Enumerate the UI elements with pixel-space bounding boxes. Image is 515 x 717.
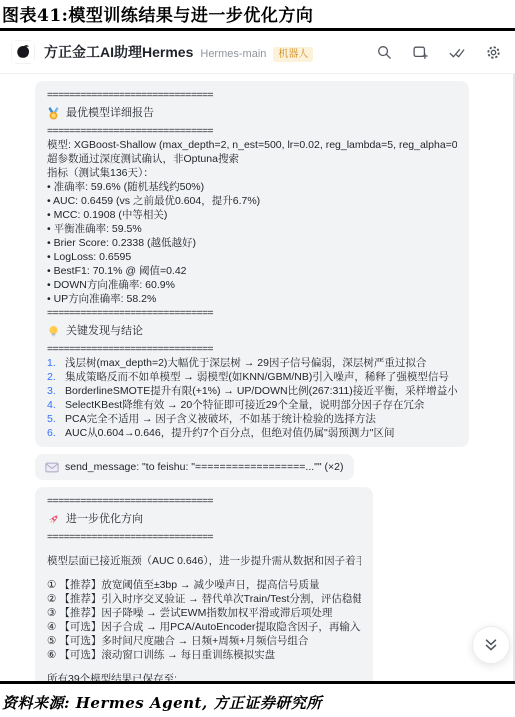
- optimization-item: ⑤ 【可选】多时间尺度融合 → 日频+周频+月频信号组合: [47, 634, 361, 648]
- finding-item: 4. SelectKBest降维有效 → 20个特征即可接近29个全量，说明部分…: [47, 398, 457, 412]
- separator-line: ==============================: [47, 124, 457, 138]
- finding-text: AUC从0.604→0.646，提升约7个百分点，但绝对值仍属"弱预测力"区间: [65, 426, 395, 440]
- double-check-icon: [448, 44, 466, 61]
- chat-app-window: 方正金工AI助理Hermes Hermes-main 机器人: [0, 31, 515, 681]
- mark-all-read-button[interactable]: [448, 44, 466, 61]
- findings-heading: 关键发现与结论: [47, 324, 457, 338]
- bot-badge: 机器人: [273, 47, 313, 62]
- finding-item: 1. 浅层树(max_depth=2)大幅优于深层树 → 29因子信号偏弱，深层…: [47, 356, 457, 370]
- findings-title: 关键发现与结论: [66, 324, 143, 338]
- report-body: 模型: XGBoost-Shallow (max_depth=2, n_est=…: [47, 138, 457, 306]
- report-line: • 平衡准确率: 59.5%: [47, 222, 457, 236]
- search-icon: [376, 44, 393, 61]
- finding-item: 5. PCA完全不适用 → 因子含义被破坏，不如基于统计检验的选择方法: [47, 412, 457, 426]
- separator-line: ==============================: [47, 342, 457, 356]
- report-line: • LogLoss: 0.6595: [47, 250, 457, 264]
- finding-item: 2. 集成策略反而不如单模型 → 弱模型(如KNN/GBM/NB)引入噪声，稀释…: [47, 370, 457, 384]
- hermes-logo-icon: [11, 40, 35, 64]
- separator-line: ==============================: [47, 88, 457, 102]
- double-chevron-down-icon: [483, 637, 499, 653]
- report-line: 模型: XGBoost-Shallow (max_depth=2, n_est=…: [47, 138, 457, 152]
- report-line: • Brier Score: 0.2338 (越低越好): [47, 236, 457, 250]
- report-card-title: 最优模型详细报告: [66, 106, 154, 120]
- report-card-heading: 最优模型详细报告: [47, 106, 457, 120]
- finding-text: SelectKBest降维有效 → 20个特征即可接近29个全量，说明部分因子存…: [65, 398, 424, 412]
- finding-item: 3. BorderlineSMOTE提升有限(+1%) → UP/DOWN比例(…: [47, 384, 457, 398]
- figure-title: 图表41:模型训练结果与进一步优化方向: [0, 0, 515, 28]
- chat-title: 方正金工AI助理Hermes: [44, 42, 193, 62]
- search-button[interactable]: [376, 44, 393, 61]
- finding-text: 浅层树(max_depth=2)大幅优于深层树 → 29因子信号偏弱，深层树严重…: [65, 356, 426, 370]
- chat-subtitle: Hermes-main: [200, 48, 266, 60]
- settings-button[interactable]: [485, 44, 502, 61]
- optimization-footer: 所有39个模型结果已保存至:: [47, 672, 361, 681]
- optimization-item: ⑥ 【可选】滚动窗口训练 → 每日重训练模拟实盘: [47, 648, 361, 662]
- lightbulb-icon: [47, 325, 60, 338]
- report-figure-page: 图表41:模型训练结果与进一步优化方向 方正金工AI助理Hermes Herme…: [0, 0, 515, 717]
- open-in-new-window-icon: [412, 44, 429, 61]
- rocket-icon: [47, 513, 60, 526]
- source-attribution: 资料来源: Hermes Agent, 方正证券研究所: [0, 684, 515, 713]
- optimization-item: ② 【推荐】引入时序交叉验证 → 替代单次Train/Test分割，评估稳健性: [47, 592, 361, 606]
- bot-avatar[interactable]: [11, 40, 35, 64]
- message-bubble-model-report: ============================== 最优模型详细报告 …: [35, 81, 469, 447]
- report-line: • AUC: 0.6459 (vs 之前最优0.604，提升6.7%): [47, 194, 457, 208]
- optimization-list: ① 【推荐】放宽阈值至±3bp → 减少噪声日，提高信号质量② 【推荐】引入时序…: [47, 578, 361, 662]
- finding-number: 5.: [47, 412, 60, 426]
- tool-call-text: send_message: "to feishu: "=============…: [65, 460, 344, 474]
- findings-list: 1. 浅层树(max_depth=2)大幅优于深层树 → 29因子信号偏弱，深层…: [47, 356, 457, 440]
- chat-title-group: 方正金工AI助理Hermes Hermes-main 机器人: [44, 42, 376, 62]
- message-bubble-optimization: ==============================: [35, 487, 373, 681]
- finding-number: 3.: [47, 384, 60, 398]
- scroll-to-bottom-button[interactable]: [472, 626, 510, 664]
- report-line: • 准确率: 59.6% (随机基线约50%): [47, 180, 457, 194]
- settings-gear-icon: [485, 44, 502, 61]
- envelope-icon: [45, 462, 59, 473]
- report-line: • BestF1: 70.1% @ 阈值=0.42: [47, 264, 457, 278]
- chat-message-area: ============================== 最优模型详细报告 …: [0, 74, 515, 681]
- medal-icon: [47, 107, 60, 120]
- optimization-intro: 模型层面已接近瓶颈（AUC 0.646），进一步提升需从数据和因子着手：: [47, 554, 361, 568]
- separator-line: ==============================: [47, 306, 457, 320]
- optimization-item: ③ 【推荐】因子降噪 → 尝试EWM指数加权平滑或滞后项处理: [47, 606, 361, 620]
- optimization-title: 进一步优化方向: [66, 512, 143, 526]
- finding-item: 6. AUC从0.604→0.646，提升约7个百分点，但绝对值仍属"弱预测力"…: [47, 426, 457, 440]
- optimization-heading: 进一步优化方向: [47, 512, 361, 526]
- separator-line: ==============================: [47, 530, 361, 544]
- report-line: • DOWN方向准确率: 60.9%: [47, 278, 457, 292]
- message-bubble-tool-call: send_message: "to feishu: "=============…: [35, 454, 354, 480]
- finding-text: 集成策略反而不如单模型 → 弱模型(如KNN/GBM/NB)引入噪声，稀释了强模…: [65, 370, 449, 384]
- report-line: 指标（测试集136天）：: [47, 166, 457, 180]
- finding-number: 1.: [47, 356, 60, 370]
- finding-text: PCA完全不适用 → 因子含义被破坏，不如基于统计检验的选择方法: [65, 412, 376, 426]
- finding-number: 6.: [47, 426, 60, 440]
- report-line: • UP方向准确率: 58.2%: [47, 292, 457, 306]
- finding-text: BorderlineSMOTE提升有限(+1%) → UP/DOWN比例(267…: [65, 384, 457, 398]
- chat-header: 方正金工AI助理Hermes Hermes-main 机器人: [0, 31, 515, 74]
- header-actions: [376, 44, 502, 61]
- open-in-new-window-button[interactable]: [412, 44, 429, 61]
- optimization-item: ④ 【可选】因子合成 → 用PCA/AutoEncoder提取隐含因子，再输入X…: [47, 620, 361, 634]
- finding-number: 2.: [47, 370, 60, 384]
- report-line: • MCC: 0.1908 (中等相关): [47, 208, 457, 222]
- report-line: 超参数通过深度测试确认，非Optuna搜索: [47, 152, 457, 166]
- finding-number: 4.: [47, 398, 60, 412]
- optimization-item: ① 【推荐】放宽阈值至±3bp → 减少噪声日，提高信号质量: [47, 578, 361, 592]
- separator-line: ==============================: [47, 494, 361, 508]
